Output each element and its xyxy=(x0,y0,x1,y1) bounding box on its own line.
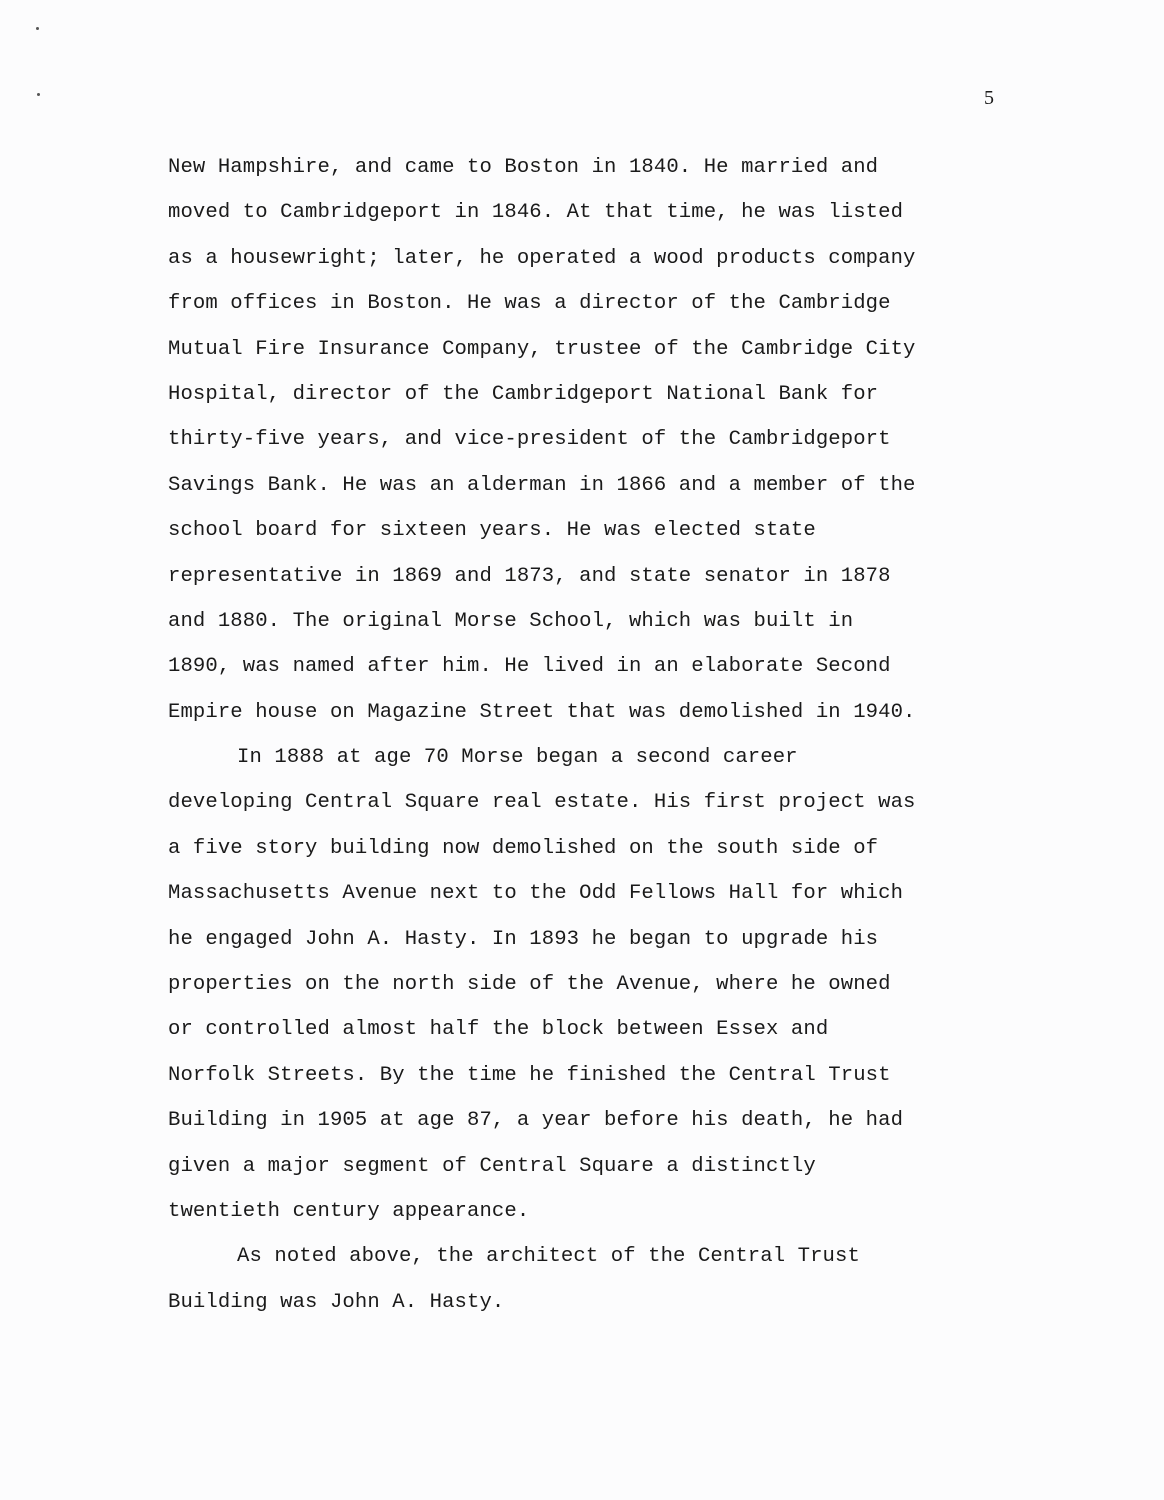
body-text: New Hampshire, and came to Boston in 184… xyxy=(168,150,1028,1330)
text-line: developing Central Square real estate. H… xyxy=(168,785,1028,830)
text-line: Massachusetts Avenue next to the Odd Fel… xyxy=(168,876,1028,921)
scan-speck xyxy=(37,93,40,96)
text-line: Norfolk Streets. By the time he finished… xyxy=(168,1058,1028,1103)
text-line: Building was John A. Hasty. xyxy=(168,1285,1028,1330)
text-line: school board for sixteen years. He was e… xyxy=(168,513,1028,558)
text-line: Hospital, director of the Cambridgeport … xyxy=(168,377,1028,422)
text-line: Savings Bank. He was an alderman in 1866… xyxy=(168,468,1028,513)
text-line: and 1880. The original Morse School, whi… xyxy=(168,604,1028,649)
scan-speck xyxy=(36,27,39,30)
text-line: Building in 1905 at age 87, a year befor… xyxy=(168,1103,1028,1148)
text-line: thirty-five years, and vice-president of… xyxy=(168,422,1028,467)
document-page: 5 New Hampshire, and came to Boston in 1… xyxy=(0,0,1164,1500)
text-line: Mutual Fire Insurance Company, trustee o… xyxy=(168,332,1028,377)
text-line: properties on the north side of the Aven… xyxy=(168,967,1028,1012)
text-line: New Hampshire, and came to Boston in 184… xyxy=(168,150,1028,195)
page-number: 5 xyxy=(984,86,994,110)
text-line: given a major segment of Central Square … xyxy=(168,1149,1028,1194)
text-line: moved to Cambridgeport in 1846. At that … xyxy=(168,195,1028,240)
paragraph-first-line: In 1888 at age 70 Morse began a second c… xyxy=(168,740,1028,785)
text-line: he engaged John A. Hasty. In 1893 he beg… xyxy=(168,922,1028,967)
text-line: representative in 1869 and 1873, and sta… xyxy=(168,559,1028,604)
text-line: from offices in Boston. He was a directo… xyxy=(168,286,1028,331)
text-line: as a housewright; later, he operated a w… xyxy=(168,241,1028,286)
paragraph-first-line: As noted above, the architect of the Cen… xyxy=(168,1239,1028,1284)
text-line: twentieth century appearance. xyxy=(168,1194,1028,1239)
text-line: 1890, was named after him. He lived in a… xyxy=(168,649,1028,694)
text-line: or controlled almost half the block betw… xyxy=(168,1012,1028,1057)
text-line: Empire house on Magazine Street that was… xyxy=(168,695,1028,740)
text-line: a five story building now demolished on … xyxy=(168,831,1028,876)
